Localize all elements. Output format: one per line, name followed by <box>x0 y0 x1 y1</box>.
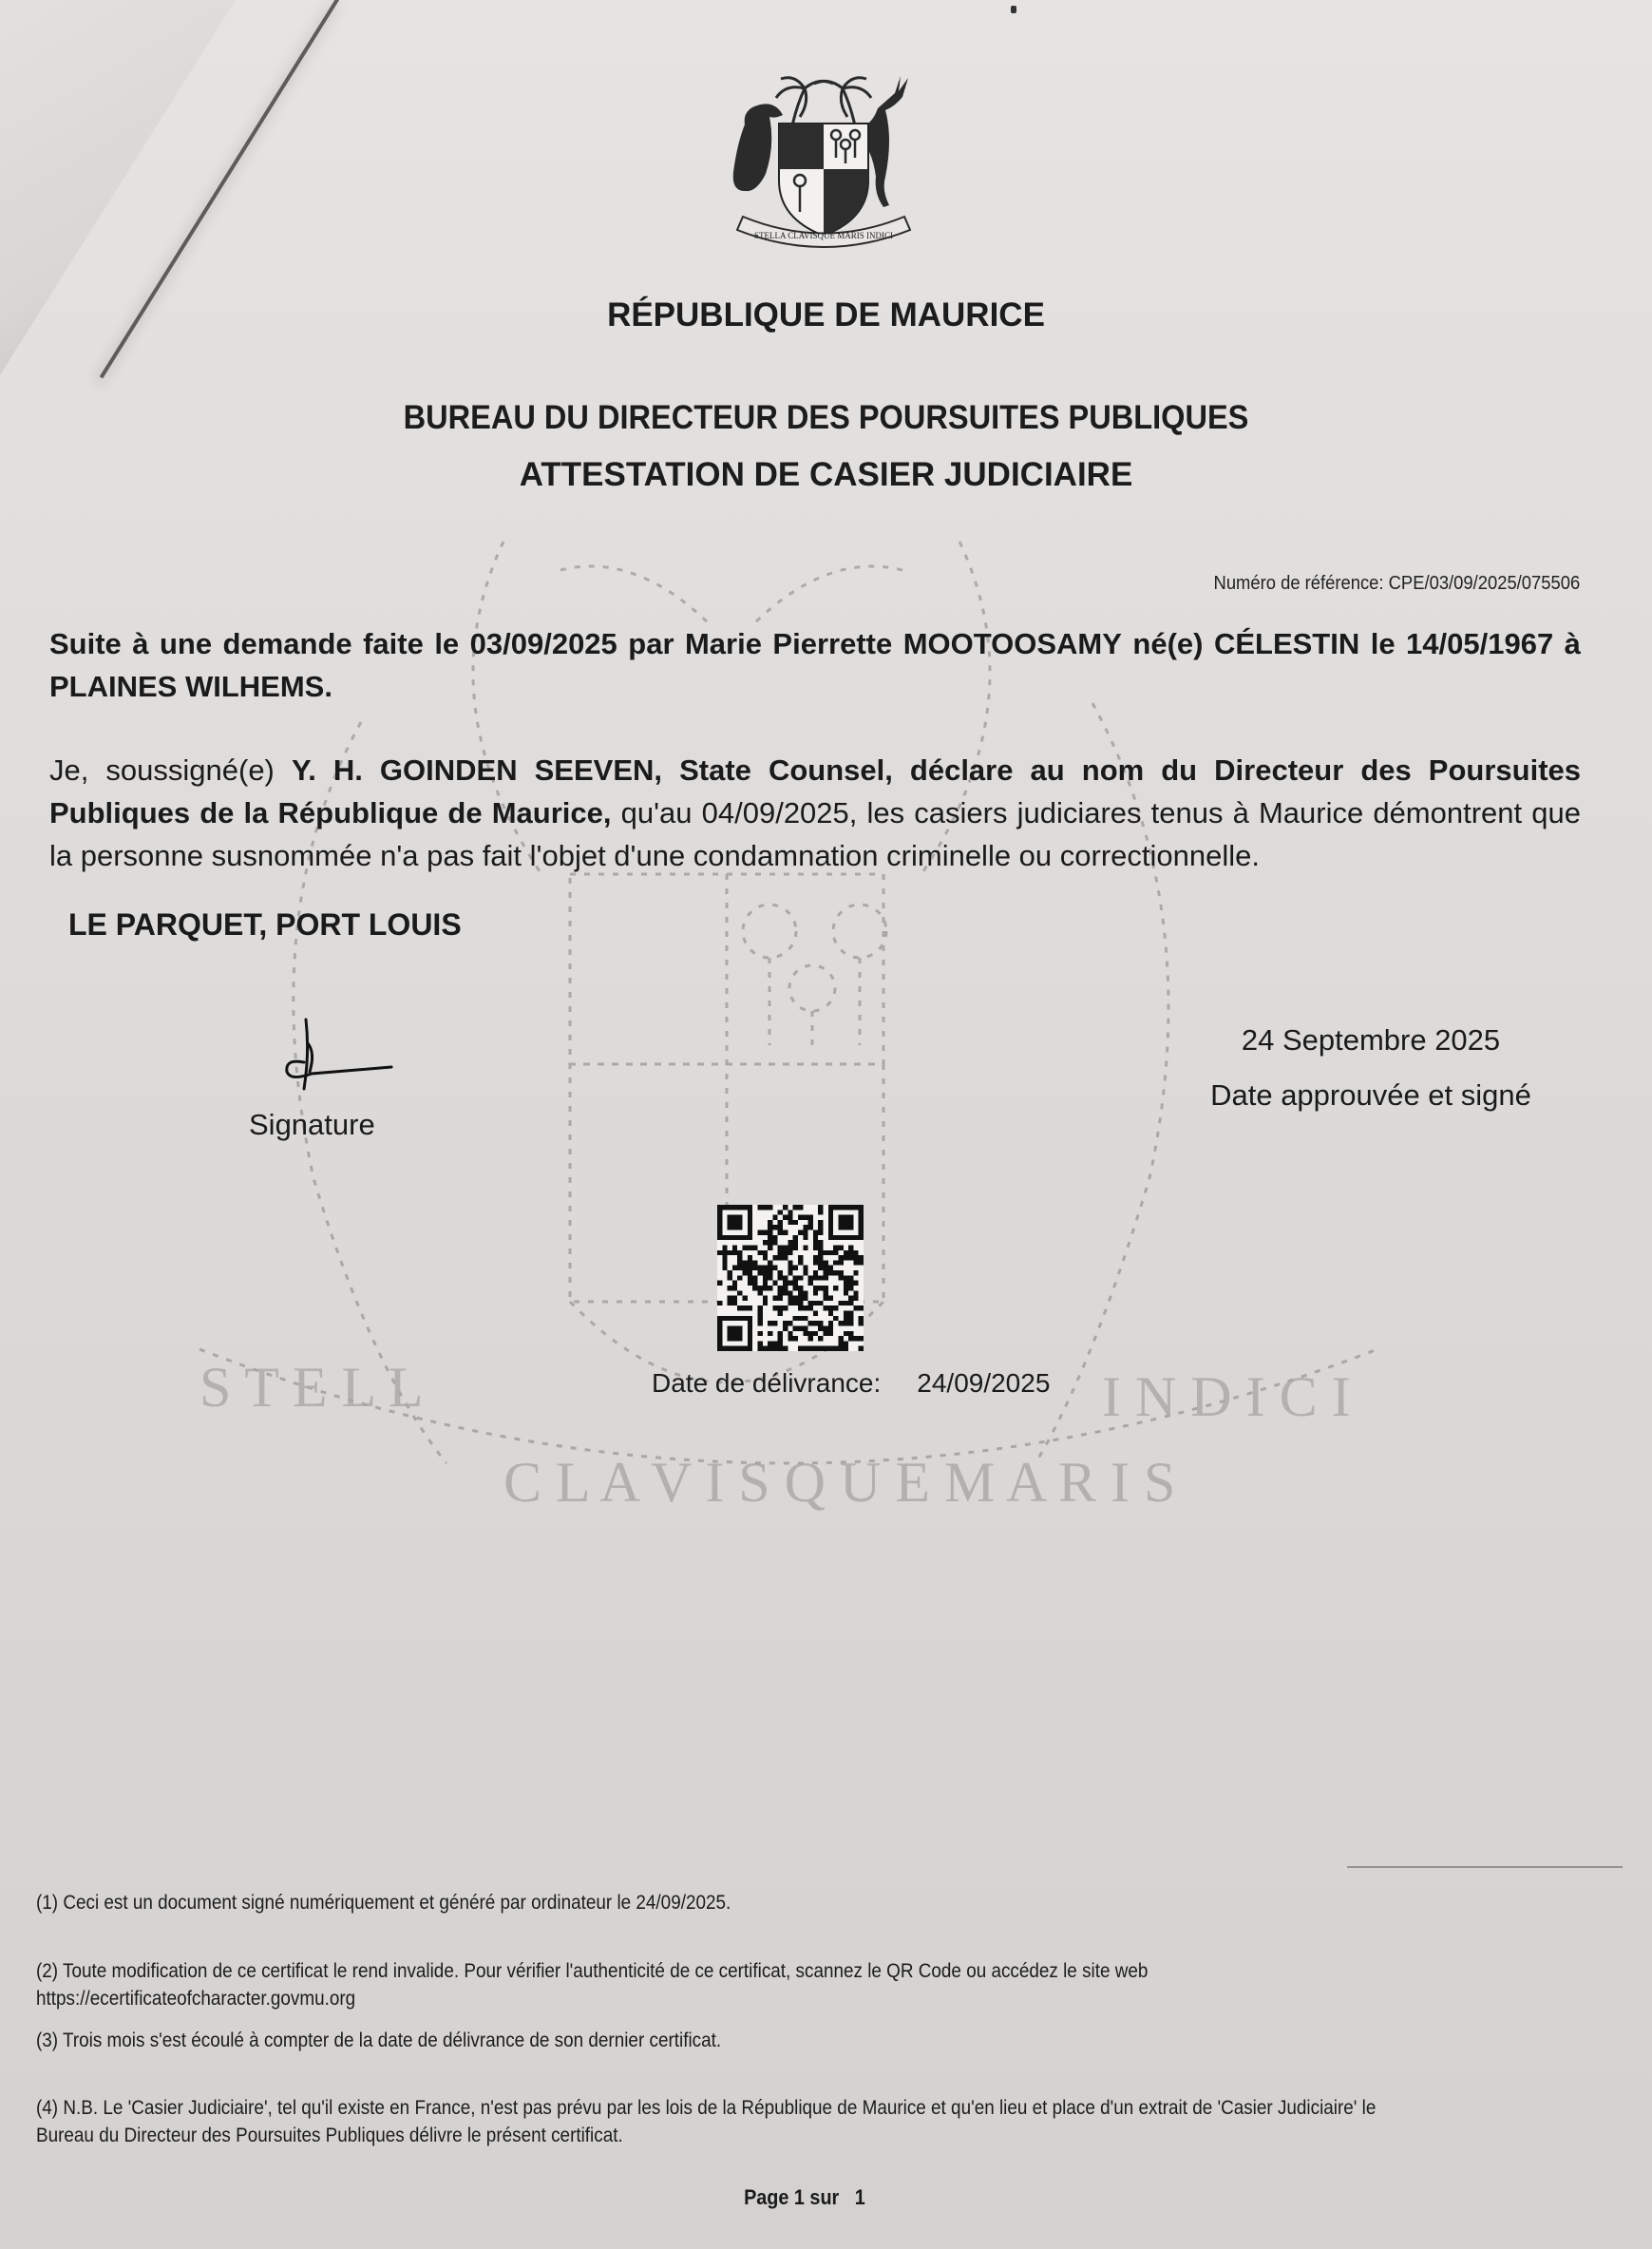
as-of-prefix: qu'au <box>621 796 693 829</box>
divider-line <box>1347 1866 1623 1868</box>
coat-of-arms-icon: STELLA CLAVISQUE MARIS INDICI <box>714 65 933 255</box>
reference-value: CPE/03/09/2025/075506 <box>1388 573 1580 594</box>
footnote-2: (2) Toute modification de ce certificat … <box>36 1957 1438 2012</box>
footnote-3: (3) Trois mois s'est écoulé à compter de… <box>36 2027 1438 2054</box>
declaration-paragraph: Je, soussigné(e) Y. H. GOINDEN SEEVEN, S… <box>49 749 1581 877</box>
applicant-birth-place: PLAINES WILHEMS. <box>49 670 332 703</box>
request-by: par <box>628 627 674 660</box>
approval-label: Date approuvée et signé <box>1205 1068 1537 1123</box>
signature-icon <box>277 1015 401 1100</box>
signature-label: Signature <box>249 1108 375 1142</box>
approval-date: 24 Septembre 2025 <box>1205 1013 1537 1068</box>
svg-text:I N D I C I: I N D I C I <box>1102 1365 1351 1428</box>
officer-name: Y. H. GOINDEN SEEVEN, <box>292 753 662 787</box>
document-title: ATTESTATION DE CASIER JUDICIAIRE <box>0 456 1652 494</box>
svg-text:C L A V I S Q U E M A R I S: C L A V I S Q U E M A R I S <box>503 1451 1175 1514</box>
qr-code-icon[interactable] <box>717 1205 864 1351</box>
applicant-maiden-name: CÉLESTIN <box>1214 627 1359 660</box>
applicant-first-names: Marie Pierrette <box>685 627 892 660</box>
document-page: S T E L L C L A V I S Q U E M A R I S I … <box>0 0 1652 2249</box>
reference-label: Numéro de référence: <box>1213 573 1383 594</box>
request-paragraph: Suite à une demande faite le 03/09/2025 … <box>49 622 1581 708</box>
nee-label: né(e) <box>1132 627 1203 660</box>
request-date: 03/09/2025 <box>470 627 617 660</box>
at-label: à <box>1565 627 1581 660</box>
ink-speck <box>1011 6 1016 13</box>
footnote-1: (1) Ceci est un document signé numérique… <box>36 1889 1438 1916</box>
request-intro: Suite à une demande faite le <box>49 627 459 660</box>
svg-text:S T E L L: S T E L L <box>199 1356 424 1419</box>
approval-block: 24 Septembre 2025 Date approuvée et sign… <box>1205 1013 1537 1123</box>
le-label: le <box>1371 627 1396 660</box>
delivery-date: 24/09/2025 <box>917 1368 1050 1398</box>
country-title: RÉPUBLIQUE DE MAURICE <box>0 296 1652 334</box>
office-title: BUREAU DU DIRECTEUR DES POURSUITES PUBLI… <box>58 399 1594 437</box>
svg-text:STELLA CLAVISQUE MARIS INDICI: STELLA CLAVISQUE MARIS INDICI <box>754 231 893 240</box>
delivery-date-row: Date de délivrance:24/09/2025 <box>652 1368 1050 1399</box>
place-of-issue: LE PARQUET, PORT LOUIS <box>68 907 462 943</box>
delivery-label: Date de délivrance: <box>652 1368 881 1398</box>
footnote-4: (4) N.B. Le 'Casier Judiciaire', tel qu'… <box>36 2094 1438 2149</box>
applicant-surname: MOOTOOSAMY <box>903 627 1122 660</box>
as-of-date: 04/09/2025, <box>702 796 858 829</box>
declaration-intro: Je, soussigné(e) <box>49 753 275 787</box>
page-number: Page 1 sur 1 <box>744 2185 865 2210</box>
reference-number: Numéro de référence: CPE/03/09/2025/0755… <box>1213 573 1580 595</box>
applicant-birth-date: 14/05/1967 <box>1406 627 1553 660</box>
